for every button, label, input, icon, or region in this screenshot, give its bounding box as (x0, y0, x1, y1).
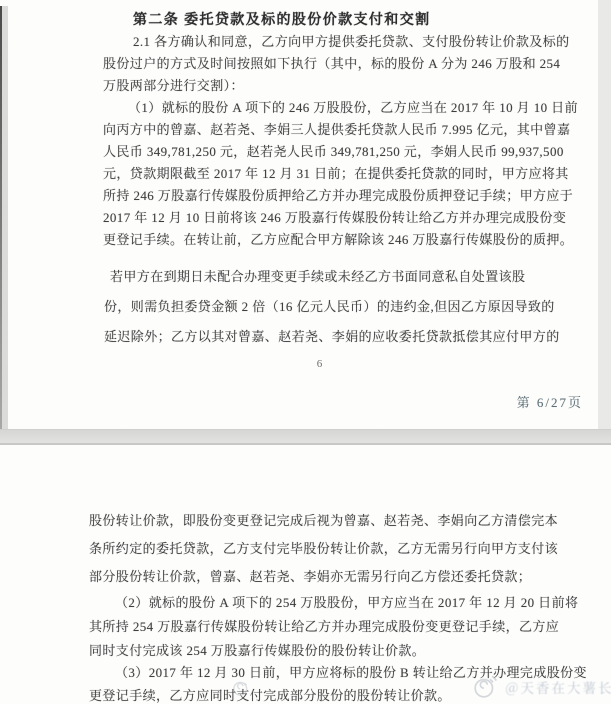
item-1-line: （1）就标的股份 A 项下的 246 万股股份，乙方应当在 2017 年 10 … (128, 97, 578, 116)
scanned-contract-screenshot: { "document": { "kind": "scanned contrac… (0, 0, 611, 704)
item-1-line: 更登记手续。在转让前，乙方应配合甲方解除该 246 万股嘉行传媒股份的质押。 (103, 229, 573, 248)
clause-2-1-line: 2.1 各方确认和同意，乙方向甲方提供委托贷款、支付股份转让价款及标的 (133, 31, 570, 50)
clause-2-1-line: 万股两部分进行交割）： (103, 75, 244, 94)
page-number: 6 (0, 358, 611, 370)
contract-page-6: 第二条 委托贷款及标的股份价款支付和交割 2.1 各方确认和同意，乙方向甲方提供… (0, 0, 611, 429)
penalty-clause-line: 延迟除外；乙方以其对曾嘉、赵若尧、李娟的应收委托贷款抵偿其应付甲方的 (104, 326, 560, 345)
contract-page-7: 股份转让价款，即股份变更登记完成后视为曾嘉、赵若尧、李娟向乙方清偿完本 条所约定… (0, 445, 611, 704)
continuation-line: 部分股份转让价款，曾嘉、赵若尧、李娟亦无需另行向乙方偿还委托贷款； (89, 566, 531, 585)
item-1-line: 2017 年 12 月 10 日前将该 246 万股嘉行传媒股份转让给乙方并办理… (103, 207, 566, 226)
continuation-line: 条所约定的委托贷款，乙方支付完毕股份转让价款，乙方无需另行向甲方支付该 (89, 538, 558, 557)
article-2-heading: 第二条 委托贷款及标的股份价款支付和交割 (133, 9, 431, 29)
weibo-stamp-icon (232, 679, 250, 697)
continuation-line: 股份转让价款，即股份变更登记完成后视为曾嘉、赵若尧、李娟向乙方清偿完本 (89, 510, 558, 529)
clause-2-1-line: 股份过户的方式及时间按照如下执行（其中，标的股份 A 分为 246 万股和 25… (103, 53, 560, 72)
item-1-line: 所持 246 万股嘉行传媒股份质押给乙方并办理完成股份质押登记手续；甲方应于 (103, 185, 573, 204)
page-indicator: 第 6/27页 (517, 392, 583, 411)
watermark-handle: ＠天香在大薯长 (505, 677, 611, 697)
item-2-line: 同时支付完成该 254 万股嘉行传媒股份的股份转让价款。 (89, 640, 425, 659)
penalty-clause-line: 若甲方在到期日未配合办理变更手续或未经乙方书面同意私自处置该股 (110, 266, 525, 285)
item-3-line: 更登记手续，乙方应同时支付完成部分股份的股份转让价款。 (89, 685, 451, 704)
item-2-line: 其所持 254 万股嘉行传媒股份转让给乙方并办理完成股份变更登记手续，乙方应 (89, 616, 559, 635)
item-1-line: 人民币 349,781,250 元，赵若尧人民币 349,781,250 元，李… (103, 141, 564, 160)
item-2-line: （2）就标的股份 A 项下的 254 万股股份，甲方应当在 2017 年 12 … (115, 592, 578, 611)
item-1-line: 元，贷款期限截至 2017 年 12 月 31 日前；在提供委托贷款的同时，甲方… (103, 163, 569, 182)
weibo-logo-icon (473, 673, 499, 699)
penalty-clause-line: 份，则需负担委贷金额 2 倍（16 亿元人民币）的违约金,但因乙方原因导致的 (104, 296, 555, 315)
page-gap-divider (0, 429, 611, 445)
item-1-line: 向丙方中的曾嘉、赵若尧、李娟三人提供委托贷款人民币 7.995 亿元，其中曾嘉 (103, 119, 570, 138)
